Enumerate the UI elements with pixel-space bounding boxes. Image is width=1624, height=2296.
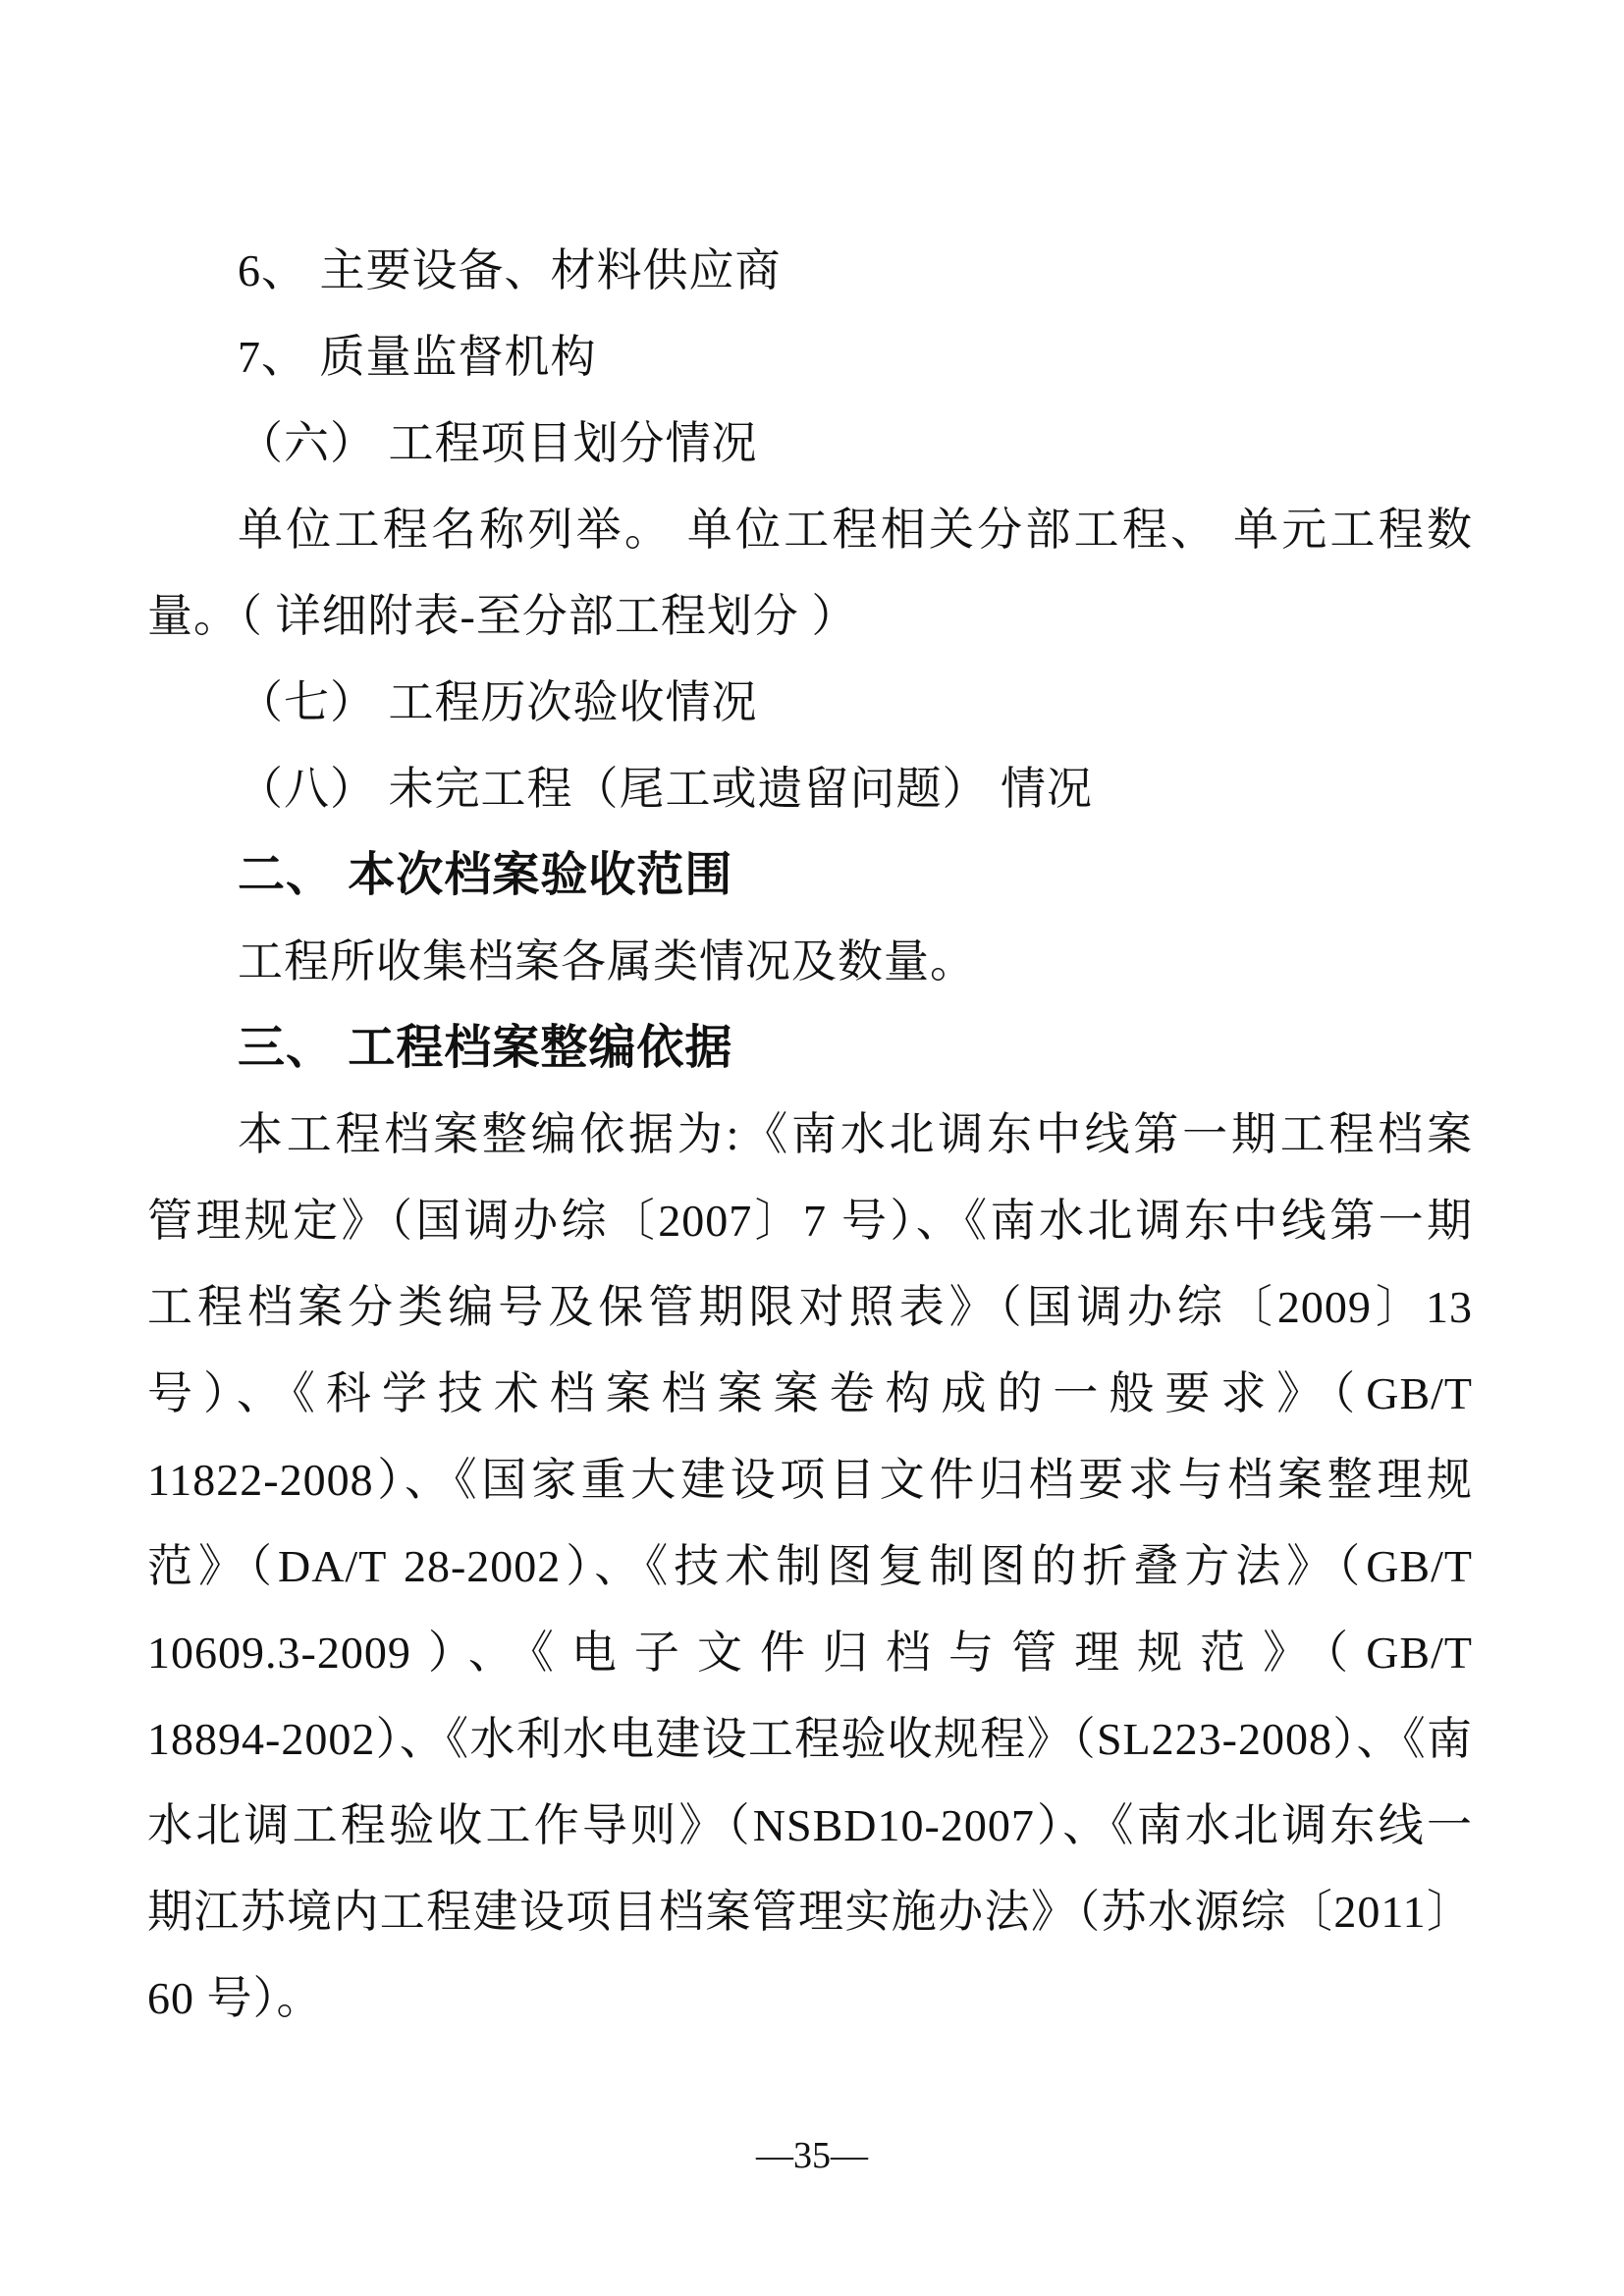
paragraph-line: 工程档案分类编号及保管期限对照表》（国调办综〔2009〕13 (147, 1264, 1473, 1351)
section-heading-two: 二、 本次档案验收范围 (147, 832, 1473, 919)
section-heading-three: 三、 工程档案整编依据 (147, 1005, 1473, 1092)
paragraph-line: 量。（ 详细附表-至分部工程划分 ） (147, 573, 1473, 660)
paragraph-line: 10609.3-2009）、《电子文件归档与管理规范》（GB/T (147, 1610, 1473, 1696)
subsection-heading-six: （六） 工程项目划分情况 (147, 400, 1473, 487)
paragraph-line: 工程所收集档案各属类情况及数量。 (147, 919, 1473, 1005)
paragraph-line: 11822-2008）、《国家重大建设项目文件归档要求与档案整理规 (147, 1437, 1473, 1523)
document-page: 6、 主要设备、材料供应商 7、 质量监督机构 （六） 工程项目划分情况 单位工… (0, 0, 1624, 2296)
list-item-7: 7、 质量监督机构 (147, 314, 1473, 400)
paragraph-line: 本工程档案整编依据为:《南水北调东中线第一期工程档案 (147, 1092, 1473, 1178)
subsection-heading-eight: （八） 未完工程（尾工或遗留问题） 情况 (147, 746, 1473, 832)
paragraph-line: 期江苏境内工程建设项目档案管理实施办法》（苏水源综〔2011〕 (147, 1869, 1473, 1955)
subsection-heading-seven: （七） 工程历次验收情况 (147, 660, 1473, 746)
document-body: 6、 主要设备、材料供应商 7、 质量监督机构 （六） 工程项目划分情况 单位工… (147, 228, 1473, 2042)
paragraph-line: 单位工程名称列举。 单位工程相关分部工程、 单元工程数 (147, 487, 1473, 573)
page-number: —35— (0, 2132, 1624, 2179)
paragraph-line: 水北调工程验收工作导则》（NSBD10-2007）、《南水北调东线一 (147, 1783, 1473, 1869)
paragraph-line: 范》（DA/T 28-2002）、《技术制图复制图的折叠方法》（GB/T (147, 1523, 1473, 1610)
paragraph-line: 60 号）。 (147, 1955, 1473, 2042)
paragraph-line: 号）、《科学技术档案档案案卷构成的一般要求》（GB/T (147, 1351, 1473, 1437)
paragraph-line: 18894-2002）、《水利水电建设工程验收规程》（SL223-2008）、《… (147, 1696, 1473, 1783)
paragraph-line: 管理规定》（国调办综〔2007〕7 号）、《南水北调东中线第一期 (147, 1178, 1473, 1264)
list-item-6: 6、 主要设备、材料供应商 (147, 228, 1473, 314)
